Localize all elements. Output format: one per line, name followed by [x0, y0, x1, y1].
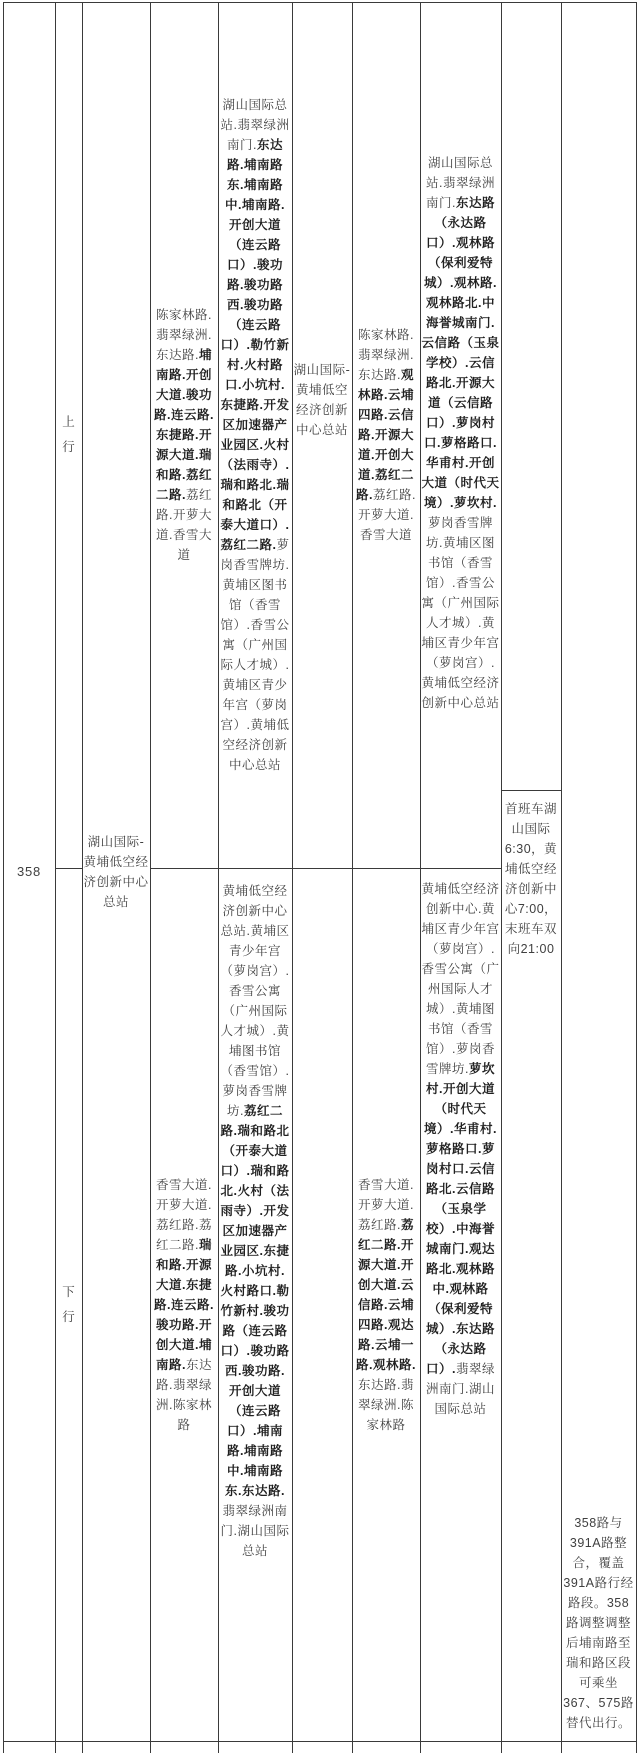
stops-b-down-cell: 黄埔低空经济创新中心.黄埔区青少年宫（萝岗宫）.香雪公寓（广州国际人才城）.黄埔…	[421, 869, 500, 1740]
roads-a-up-cell: 陈家林路.翡翠绿洲.东达路.埔南路.开创大道.骏功路.连云路.东捷路.开源大道.…	[151, 3, 217, 867]
terminals-b-label: 湖山国际-黄埔低空经济创新中心总站	[293, 360, 351, 440]
remark-text: 358路与391A路整合，覆盖391A路行经路段。358路调整调整后埔南路至瑞和…	[562, 1513, 635, 1733]
stops-a-up-cell: 湖山国际总站.翡翠绿洲南门.东达路.埔南路东.埔南路中.埔南路.开创大道（连云路…	[219, 3, 291, 867]
route-number: 358	[17, 862, 41, 882]
stops-a-down-text: 黄埔低空经济创新中心总站.黄埔区青少年宫（萝岗宫）.香雪公寓（广州国际人才城）.…	[219, 881, 291, 1561]
route-number-cell: 358	[4, 3, 54, 1741]
stops-b-down-text: 黄埔低空经济创新中心.黄埔区青少年宫（萝岗宫）.香雪公寓（广州国际人才城）.黄埔…	[421, 879, 500, 1419]
schedule-cell: 首班车湖山国际6:30，黄埔低空经济创新中心7:00，末班车双向21:00	[502, 791, 560, 1740]
route-adjustment-table: 358 上行 下行 湖山国际-黄埔低空经济创新中心总站 陈家林路.翡翠绿洲.东达…	[0, 0, 640, 1753]
roads-a-down-cell: 香雪大道.开萝大道.荔红路.荔红二路.瑞和路.开源大道.东捷路.连云路.骏功路.…	[151, 869, 217, 1740]
roads-a-up-text: 陈家林路.翡翠绿洲.东达路.埔南路.开创大道.骏功路.连云路.东捷路.开源大道.…	[151, 305, 217, 565]
remark-cell: 358路与391A路整合，覆盖391A路行经路段。358路调整调整后埔南路至瑞和…	[562, 3, 635, 1741]
direction-up-label: 上行	[62, 410, 75, 460]
stops-b-up-cell: 湖山国际总站.翡翠绿洲南门.东达路（永达路口）.观林路（保利爱特城）.观林路.观…	[421, 3, 500, 863]
terminals-a-cell: 湖山国际-黄埔低空经济创新中心总站	[83, 3, 149, 1741]
terminals-b-cell: 湖山国际-黄埔低空经济创新中心总站	[293, 3, 351, 867]
stops-a-up-text: 湖山国际总站.翡翠绿洲南门.东达路.埔南路东.埔南路中.埔南路.开创大道（连云路…	[219, 95, 291, 775]
roads-b-down-text: 香雪大道.开萝大道.荔红路.荔红二路.开源大道.开创大道.云信路.云埔四路.观达…	[353, 1175, 419, 1435]
grid-vline	[636, 2, 637, 1753]
grid-hline-bottom	[3, 1741, 637, 1742]
direction-up-cell: 上行	[56, 3, 81, 867]
schedule-text: 首班车湖山国际6:30，黄埔低空经济创新中心7:00，末班车双向21:00	[502, 799, 560, 959]
roads-b-down-cell: 香雪大道.开萝大道.荔红路.荔红二路.开源大道.开创大道.云信路.云埔四路.观达…	[353, 869, 419, 1740]
roads-a-down-text: 香雪大道.开萝大道.荔红路.荔红二路.瑞和路.开源大道.东捷路.连云路.骏功路.…	[151, 1175, 217, 1435]
roads-b-up-text: 陈家林路.翡翠绿洲.东达路.观林路.云埔四路.云信路.开源大道.开创大道.荔红二…	[353, 325, 419, 545]
stops-a-down-cell: 黄埔低空经济创新中心总站.黄埔区青少年宫（萝岗宫）.香雪公寓（广州国际人才城）.…	[219, 869, 291, 1740]
terminals-b-empty-cell	[293, 869, 351, 1740]
direction-down-label: 下行	[62, 1280, 75, 1330]
terminals-a-label: 湖山国际-黄埔低空经济创新中心总站	[83, 832, 149, 912]
direction-down-cell: 下行	[56, 869, 81, 1740]
roads-b-up-cell: 陈家林路.翡翠绿洲.东达路.观林路.云埔四路.云信路.开源大道.开创大道.荔红二…	[353, 3, 419, 867]
stops-b-up-text: 湖山国际总站.翡翠绿洲南门.东达路（永达路口）.观林路（保利爱特城）.观林路.观…	[421, 153, 500, 713]
